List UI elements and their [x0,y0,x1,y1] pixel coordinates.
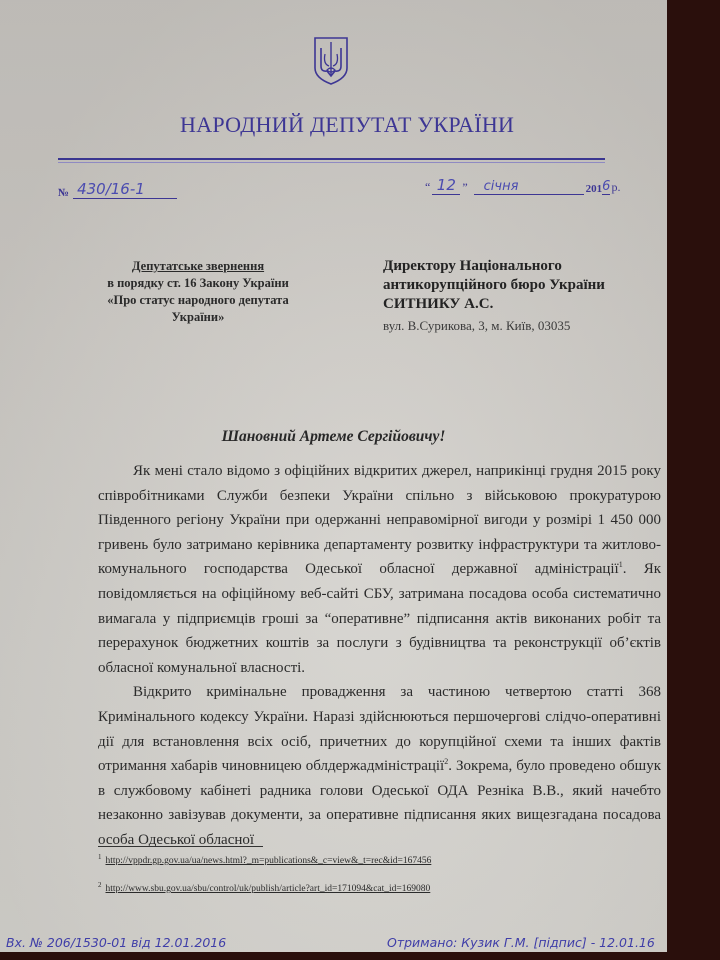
date-day: 12 [432,176,460,195]
body-paragraph-2: Відкрито кримінальне провадження за част… [98,680,661,852]
body-paragraph-1: Як мені стало відомо з офіційних відкрит… [98,459,661,680]
footnote-separator [98,846,263,847]
addressee-line-3: СИТНИКУ А.С. [383,295,673,314]
letter-paper: НАРОДНИЙ ДЕПУТАТ УКРАЇНИ № 430/16-1 “ 12… [0,0,667,952]
footnote-2-link[interactable]: http://www.sbu.gov.ua/sbu/control/uk/pub… [106,884,431,894]
registration-number: № 430/16-1 [58,180,177,199]
ukraine-trident-emblem-icon [312,36,350,86]
appeal-heading: Депутатське звернення в порядку ст. 16 З… [92,258,304,326]
date-close-quote: ” [462,180,467,195]
appeal-line-2: в порядку ст. 16 Закону України [92,275,304,292]
addressee-block: Директору Національного антикорупційного… [383,257,673,314]
registration-number-value: 430/16-1 [73,180,177,199]
received-note: Отримано: Кузик Г.М. [підпис] - 12.01.16 [387,935,655,950]
date-month: січня [474,179,584,195]
appeal-line-3: «Про статус народного депутата [92,292,304,309]
footnote-2: 2http://www.sbu.gov.ua/sbu/control/uk/pu… [98,881,430,894]
addressee-line-1: Директору Національного [383,257,673,276]
date-open-quote: “ [425,180,430,195]
letterhead-rule [58,158,605,160]
date-suffix: р. [611,180,620,195]
date-year-digit: 6 [602,179,610,195]
appeal-line-4: України» [92,309,304,326]
addressee-address: вул. В.Сурикова, 3, м. Київ, 03035 [383,318,570,334]
date-year-prefix: 201 [586,183,603,195]
letterhead-rule-thin [58,162,605,163]
letter-body: Як мені стало відомо з офіційних відкрит… [98,459,661,853]
footnote-1: 1http://vppdr.gp.gov.ua/ua/news.html?_m=… [98,853,431,866]
appeal-line-1: Депутатське звернення [92,258,304,275]
addressee-line-2: антикорупційного бюро України [383,276,673,295]
incoming-registration-note: Вх. № 206/1530-01 від 12.01.2016 [6,935,226,950]
letterhead-title: НАРОДНИЙ ДЕПУТАТ УКРАЇНИ [180,112,514,138]
number-sign: № [58,187,69,199]
salutation: Шановний Артеме Сергійовичу! [0,428,667,446]
letter-date: “ 12 ” січня 201 6 р. [425,176,620,195]
footnote-1-link[interactable]: http://vppdr.gp.gov.ua/ua/news.html?_m=p… [106,856,432,866]
